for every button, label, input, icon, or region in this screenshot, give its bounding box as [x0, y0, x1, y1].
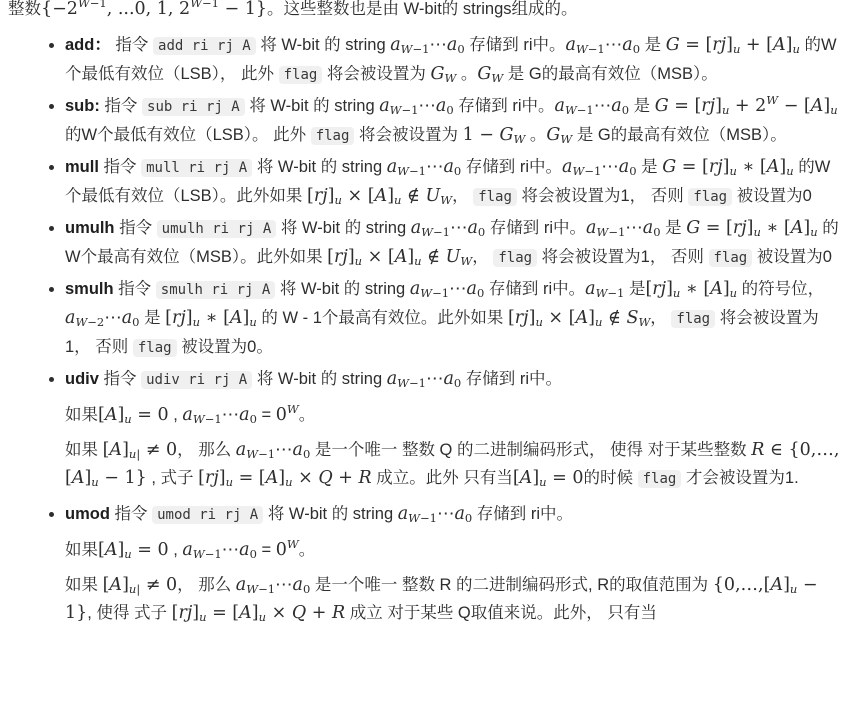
- text-run: 的W个最低有效位（LSB）。 此外: [65, 126, 311, 144]
- text-run: 。这些整数也是由 W-bit的 strings组成的。: [267, 0, 577, 18]
- inline-code: add ri rj A: [153, 37, 256, 55]
- text-run: 如果: [65, 406, 98, 424]
- instruction-item-umulh: umulh 指令 umulh ri rj A 将 W-bit 的 string …: [65, 214, 840, 272]
- text-run: 将 W-bit 的 string: [276, 219, 410, 237]
- text-run: 如果: [65, 541, 98, 559]
- math-expression: [rj]u = [A]u × Q + R: [198, 468, 372, 488]
- text-run: 指令: [99, 370, 141, 388]
- inline-code: umod ri rj A: [152, 506, 263, 524]
- math-expression: aW−1⋯a0: [379, 96, 453, 116]
- inline-code: flag: [279, 66, 323, 84]
- math-expression: 0W: [276, 405, 299, 425]
- instruction-item-umod: umod 指令 umod ri rj A 将 W-bit 的 string aW…: [65, 500, 840, 627]
- inline-code: flag: [311, 127, 355, 145]
- math-expression: aW−1⋯a0: [562, 157, 636, 177]
- instruction-name: add：: [65, 36, 111, 54]
- instruction-head: add： 指令 add ri rj A 将 W-bit 的 string aW−…: [65, 36, 837, 83]
- math-expression: aW−1⋯a0: [182, 540, 256, 560]
- inline-code: flag: [133, 339, 177, 357]
- instruction-head: sub: 指令 sub ri rj A 将 W-bit 的 string aW−…: [65, 97, 838, 144]
- text-run: ，: [472, 248, 493, 266]
- math-expression: aW−1⋯a0: [236, 575, 310, 595]
- text-run: ， 那么: [177, 441, 236, 459]
- math-expression: [A]u = 0: [513, 468, 584, 488]
- math-expression: aW−1⋯a0: [387, 157, 461, 177]
- inline-code: flag: [493, 249, 537, 267]
- document-page: 整数{−2W−1, ...0, 1, 2W−1 − 1}。这些整数也是由 W-b…: [0, 0, 850, 627]
- text-run: 将 W-bit 的 string: [245, 97, 379, 115]
- text-run: 将会被设置为1， 否则: [517, 187, 688, 205]
- math-expression: aW−1⋯a0: [411, 218, 485, 238]
- math-expression: G = [rj]u + 2W − [A]u: [655, 96, 838, 116]
- instruction-item-smulh: smulh 指令 smulh ri rj A 将 W-bit 的 string …: [65, 275, 840, 362]
- instruction-paragraph: 如果[A]u = 0 , aW−1⋯a0 = 0W。: [65, 401, 840, 429]
- text-run: 是 G的最高有效位（MSB）。: [572, 126, 787, 144]
- math-expression: [rj]u × [A]u ∉ UW: [307, 186, 452, 206]
- text-run: ,: [169, 541, 183, 559]
- text-run: 将 W-bit 的 string: [252, 158, 386, 176]
- text-run: 。: [299, 406, 316, 424]
- text-run: 的 W - 1个最高有效位。此外如果: [257, 309, 508, 327]
- instruction-head: umod 指令 umod ri rj A 将 W-bit 的 string aW…: [65, 505, 573, 523]
- text-run: 指令: [99, 158, 141, 176]
- instruction-item-mull: mull 指令 mull ri rj A 将 W-bit 的 string aW…: [65, 153, 840, 211]
- text-run: 整数: [8, 0, 41, 18]
- text-run: 是: [640, 36, 666, 54]
- instruction-head: umulh 指令 umulh ri rj A 将 W-bit 的 string …: [65, 219, 839, 266]
- math-expression: aW−1: [585, 279, 624, 299]
- text-run: 存储到 ri中。: [472, 505, 573, 523]
- math-expression: [rj]u × [A]u ∉ SW: [508, 308, 650, 328]
- text-run: ， 那么: [177, 576, 236, 594]
- instruction-name: mull: [65, 158, 99, 176]
- text-run: 指令: [111, 36, 153, 54]
- text-run: 是: [139, 309, 165, 327]
- text-run: 将 W-bit 的 string: [256, 36, 390, 54]
- math-expression: G = [rj]u ∗ [A]u: [686, 218, 817, 238]
- text-run: 存储到 ri中。: [461, 158, 562, 176]
- math-expression: [A]u| ≠ 0: [103, 440, 178, 460]
- text-run: ,: [169, 406, 183, 424]
- text-run: 。: [525, 126, 546, 144]
- math-expression: aW−1⋯a0: [398, 504, 472, 524]
- text-run: 将 W-bit 的 string: [263, 505, 397, 523]
- text-run: 存储到 ri中。: [454, 97, 555, 115]
- inline-code: smulh ri rj A: [156, 281, 276, 299]
- inline-code: mull ri rj A: [141, 159, 252, 177]
- instruction-name: smulh: [65, 280, 114, 298]
- text-run: 指令: [110, 505, 152, 523]
- text-run: 存储到 ri中。: [484, 280, 585, 298]
- text-run: 成立 对于某些 Q取值来说。此外， 只有当: [345, 604, 657, 622]
- math-expression: [A]u| ≠ 0: [103, 575, 178, 595]
- instruction-paragraph: 如果[A]u = 0 , aW−1⋯a0 = 0W。: [65, 536, 840, 564]
- text-run: , 使得 式子: [87, 604, 171, 622]
- text-run: , 式子: [147, 469, 198, 487]
- text-run: 是: [624, 280, 645, 298]
- instruction-paragraph: 如果 [A]u| ≠ 0， 那么 aW−1⋯a0 是一个唯一 整数 Q 的二进制…: [65, 436, 840, 493]
- inline-code: flag: [473, 188, 517, 206]
- intro-paragraph: 整数{−2W−1, ...0, 1, 2W−1 − 1}。这些整数也是由 W-b…: [8, 0, 840, 23]
- inline-code: flag: [671, 310, 715, 328]
- math-expression: GW: [546, 125, 572, 145]
- instruction-item-udiv: udiv 指令 udiv ri rj A 将 W-bit 的 string aW…: [65, 365, 840, 493]
- instruction-paragraph: 如果 [A]u| ≠ 0， 那么 aW−1⋯a0 是一个唯一 整数 R 的二进制…: [65, 571, 840, 627]
- inline-code: udiv ri rj A: [141, 371, 252, 389]
- text-run: =: [257, 541, 276, 559]
- text-run: 的时候: [584, 469, 638, 487]
- text-run: 指令: [100, 97, 142, 115]
- text-run: 将会被设置为1， 否则: [537, 248, 708, 266]
- text-run: 是 G的最高有效位（MSB）。: [503, 65, 718, 83]
- math-expression: aW−1⋯a0: [566, 35, 640, 55]
- instruction-head: udiv 指令 udiv ri rj A 将 W-bit 的 string aW…: [65, 370, 562, 388]
- instruction-list: add： 指令 add ri rj A 将 W-bit 的 string aW−…: [8, 31, 840, 627]
- text-run: 存储到 ri中。: [465, 36, 566, 54]
- text-run: =: [257, 406, 276, 424]
- math-expression: G = [rj]u + [A]u: [666, 35, 800, 55]
- math-expression: aW−1⋯a0: [182, 405, 256, 425]
- text-run: 成立。此外 只有当: [372, 469, 513, 487]
- text-run: 将 W-bit 的 string: [252, 370, 386, 388]
- text-run: 是一个唯一 整数 Q 的二进制编码形式， 使得 对于某些整数: [310, 441, 751, 459]
- text-run: 是一个唯一 整数 R 的二进制编码形式, R的取值范围为: [310, 576, 712, 594]
- instruction-head: mull 指令 mull ri rj A 将 W-bit 的 string aW…: [65, 158, 830, 205]
- math-expression: aW−1⋯a0: [390, 35, 464, 55]
- math-expression: [A]u = 0: [98, 540, 169, 560]
- math-expression: {−2W−1, ...0, 1, 2W−1 − 1}: [41, 0, 267, 19]
- text-run: ，: [650, 309, 671, 327]
- math-expression: GW: [431, 64, 457, 84]
- math-expression: GW: [477, 64, 503, 84]
- math-expression: aW−1⋯a0: [586, 218, 660, 238]
- math-expression: [A]u = 0: [98, 405, 169, 425]
- text-run: 被设置为0: [732, 187, 812, 205]
- math-expression: [rj]u = [A]u × Q + R: [172, 603, 346, 623]
- instruction-item-add: add： 指令 add ri rj A 将 W-bit 的 string aW−…: [65, 31, 840, 89]
- text-run: 的符号位，: [737, 280, 824, 298]
- text-run: 指令: [115, 219, 157, 237]
- math-expression: [rj]u ∗ [A]u: [165, 308, 257, 328]
- text-run: 指令: [114, 280, 156, 298]
- instruction-name: umod: [65, 505, 110, 523]
- math-expression: aW−1⋯a0: [555, 96, 629, 116]
- text-run: 是: [629, 97, 655, 115]
- inline-code: sub ri rj A: [142, 98, 245, 116]
- instruction-name: udiv: [65, 370, 99, 388]
- text-run: 被设置为0: [752, 248, 832, 266]
- text-run: 存储到 ri中。: [461, 370, 562, 388]
- text-run: 将 W-bit 的 string: [275, 280, 409, 298]
- inline-code: umulh ri rj A: [157, 220, 277, 238]
- math-expression: aW−2⋯a0: [65, 308, 139, 328]
- inline-code: flag: [638, 470, 682, 488]
- math-expression: [rj]u × [A]u ∉ UW: [327, 247, 472, 267]
- text-run: 是: [661, 219, 687, 237]
- text-run: 将会被设置为: [322, 65, 430, 83]
- instruction-item-sub: sub: 指令 sub ri rj A 将 W-bit 的 string aW−…: [65, 92, 840, 150]
- text-run: 如果: [65, 576, 103, 594]
- text-run: 如果: [65, 441, 103, 459]
- text-run: 被设置为0。: [177, 338, 273, 356]
- math-expression: G = [rj]u ∗ [A]u: [662, 157, 793, 177]
- math-expression: [rj]u ∗ [A]u: [645, 279, 737, 299]
- inline-code: flag: [688, 188, 732, 206]
- instruction-head: smulh 指令 smulh ri rj A 将 W-bit 的 string …: [65, 280, 824, 356]
- math-expression: 0W: [276, 540, 299, 560]
- instruction-name: umulh: [65, 219, 115, 237]
- math-expression: 1 − GW: [463, 125, 526, 145]
- text-run: 。: [456, 65, 477, 83]
- text-run: ，: [452, 187, 473, 205]
- text-run: 将会被设置为: [354, 126, 462, 144]
- text-run: 是: [637, 158, 663, 176]
- math-expression: aW−1⋯a0: [410, 279, 484, 299]
- text-run: 才会被设置为1.: [681, 469, 798, 487]
- instruction-name: sub:: [65, 97, 100, 115]
- math-expression: aW−1⋯a0: [236, 440, 310, 460]
- text-run: 。: [299, 541, 316, 559]
- text-run: 存储到 ri中。: [485, 219, 586, 237]
- inline-code: flag: [709, 249, 753, 267]
- math-expression: aW−1⋯a0: [387, 369, 461, 389]
